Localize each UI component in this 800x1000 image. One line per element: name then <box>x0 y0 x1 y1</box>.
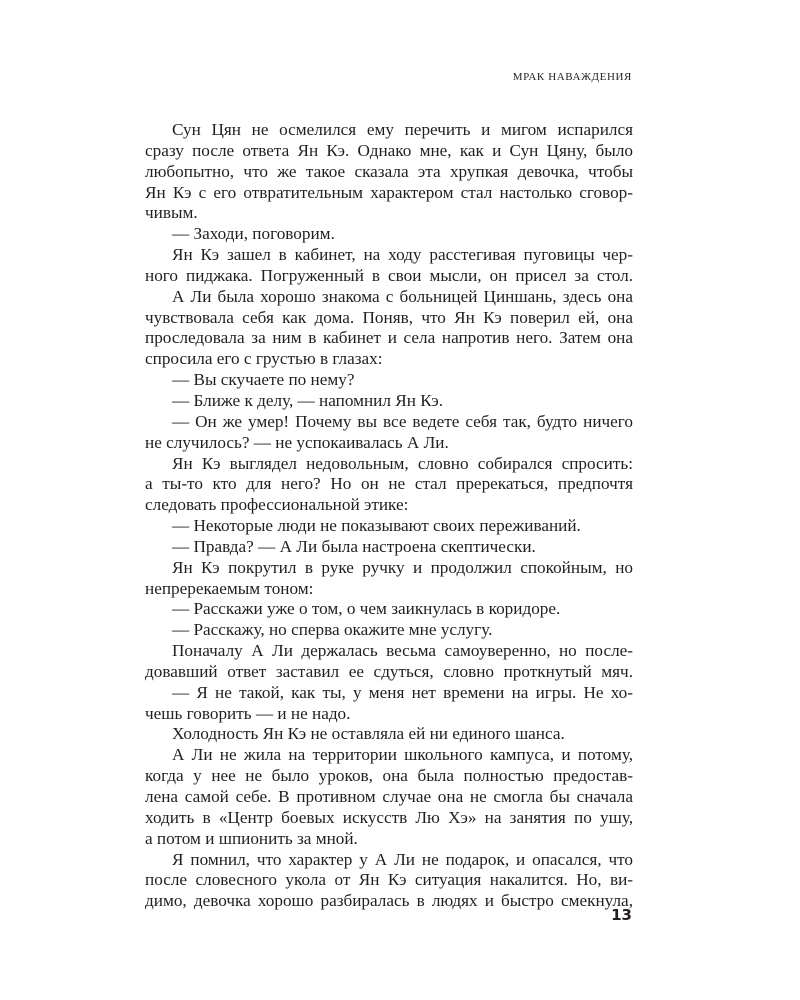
text-line: проследовала за ним в кабинет и села нап… <box>145 328 633 349</box>
text-line: довавший ответ заставил ее сдуться, слов… <box>145 662 633 683</box>
text-line: Я помнил, что характер у А Ли не подарок… <box>145 850 633 871</box>
text-line: непререкаемым тоном: <box>145 579 633 600</box>
text-line: — Правда? — А Ли была настроена скептиче… <box>145 537 633 558</box>
text-line: Ян Кэ покрутил в руке ручку и продолжил … <box>145 558 633 579</box>
text-line: Ян Кэ зашел в кабинет, на ходу расстегив… <box>145 245 633 266</box>
text-line: — Расскажи уже о том, о чем заикнулась в… <box>145 599 633 620</box>
body-text: Сун Цян не осмелился ему перечить и миго… <box>145 120 633 912</box>
text-line: Сун Цян не осмелился ему перечить и миго… <box>145 120 633 141</box>
text-line: а ты-то кто для него? Но он не стал прер… <box>145 474 633 495</box>
text-line: сразу после ответа Ян Кэ. Однако мне, ка… <box>145 141 633 162</box>
text-line: спросила его с грустью в глазах: <box>145 349 633 370</box>
text-line: после словесного укола от Ян Кэ ситуация… <box>145 870 633 891</box>
text-line: когда у нее не было уроков, она была пол… <box>145 766 633 787</box>
text-line: лена самой себе. В противном случае она … <box>145 787 633 808</box>
text-line: — Вы скучаете по нему? <box>145 370 633 391</box>
running-head: МРАК НАВАЖДЕНИЯ <box>513 71 632 83</box>
text-line: Холодность Ян Кэ не оставляла ей ни един… <box>145 724 633 745</box>
text-line: Ян Кэ выглядел недовольным, словно собир… <box>145 454 633 475</box>
text-line: любопытно, что же такое сказала эта хруп… <box>145 162 633 183</box>
text-line: — Расскажу, но сперва окажите мне услугу… <box>145 620 633 641</box>
text-line: димо, девочка хорошо разбиралась в людях… <box>145 891 633 912</box>
text-line: чивым. <box>145 203 633 224</box>
text-line: чешь говорить — и не надо. <box>145 704 633 725</box>
page-number: 13 <box>611 906 632 924</box>
text-line: а потом и шпионить за мной. <box>145 829 633 850</box>
text-line: — Он же умер! Почему вы все ведете себя … <box>145 412 633 433</box>
text-line: чувствовала себя как дома. Поняв, что Ян… <box>145 308 633 329</box>
text-line: А Ли не жила на территории школьного кам… <box>145 745 633 766</box>
text-line: ного пиджака. Погруженный в свои мысли, … <box>145 266 633 287</box>
text-line: — Заходи, поговорим. <box>145 224 633 245</box>
text-line: следовать профессиональной этике: <box>145 495 633 516</box>
text-line: Поначалу А Ли держалась весьма самоувере… <box>145 641 633 662</box>
text-line: — Некоторые люди не показывают своих пер… <box>145 516 633 537</box>
text-line: — Я не такой, как ты, у меня нет времени… <box>145 683 633 704</box>
text-line: не случилось? — не успокаивалась А Ли. <box>145 433 633 454</box>
text-line: ходить в «Центр боевых искусств Лю Хэ» н… <box>145 808 633 829</box>
text-line: — Ближе к делу, — напомнил Ян Кэ. <box>145 391 633 412</box>
text-line: А Ли была хорошо знакома с больницей Цин… <box>145 287 633 308</box>
text-line: Ян Кэ с его отвратительным характером ст… <box>145 183 633 204</box>
